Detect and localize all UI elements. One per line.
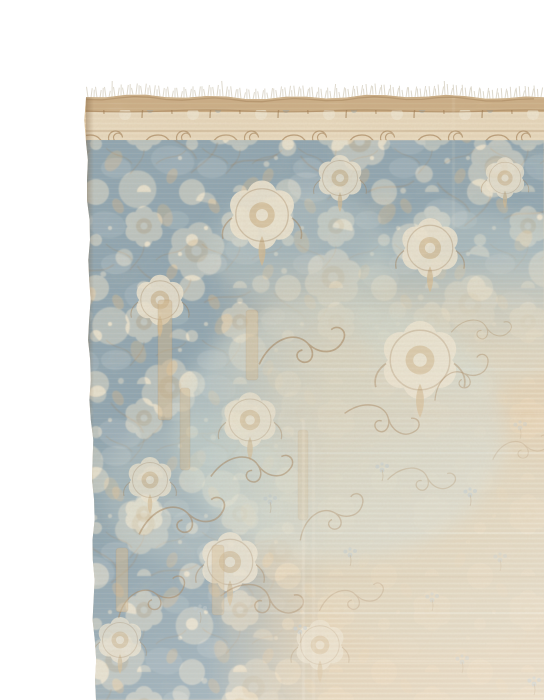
rug-photo	[0, 0, 544, 700]
fade-lower-right	[80, 90, 544, 700]
photo-canvas	[0, 0, 544, 700]
rug	[70, 90, 544, 700]
